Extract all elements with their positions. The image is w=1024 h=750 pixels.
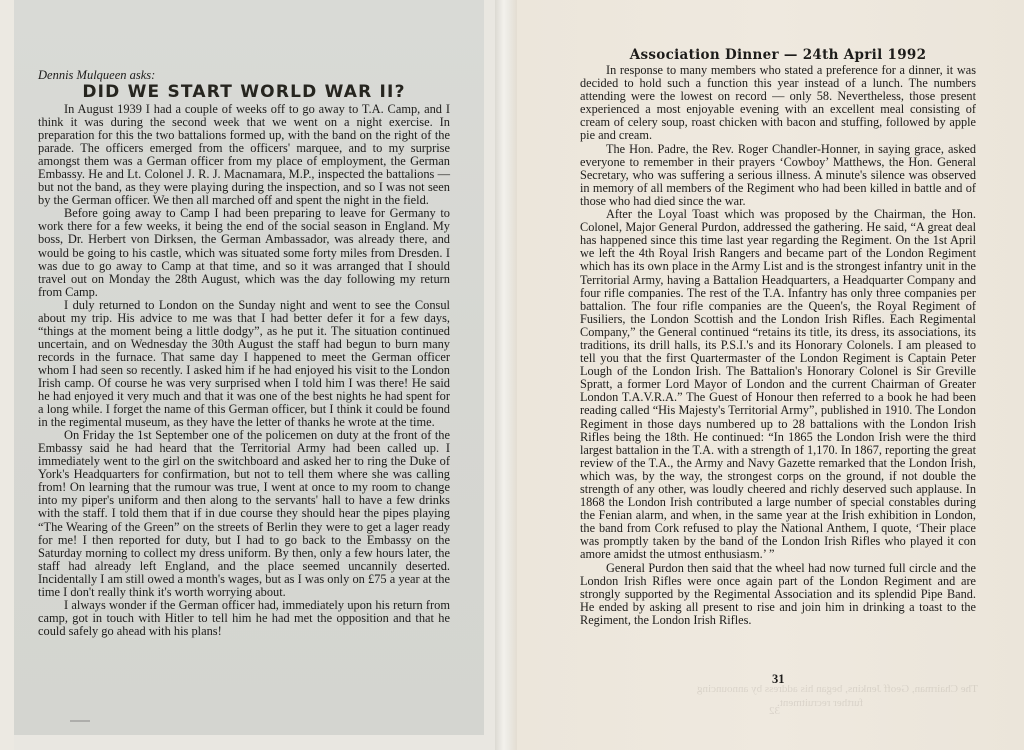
article-paragraph: In August 1939 I had a couple of weeks o… bbox=[38, 103, 450, 207]
bleed-through-text: The Chairman, Geoff Jenkins, began his a… bbox=[697, 683, 978, 695]
page-number: 31 bbox=[772, 672, 785, 687]
article-title: Association Dinner — 24th April 1992 bbox=[580, 47, 976, 63]
article-title: DID WE START WORLD WAR II? bbox=[38, 82, 450, 102]
article-paragraph: After the Loyal Toast which was proposed… bbox=[580, 208, 976, 562]
left-article: Dennis Mulqueen asks: DID WE START WORLD… bbox=[38, 68, 450, 638]
left-page-margin bbox=[0, 0, 14, 750]
article-paragraph: On Friday the 1st September one of the p… bbox=[38, 429, 450, 599]
article-paragraph: I duly returned to London on the Sunday … bbox=[38, 299, 450, 429]
magazine-spread: The Chairman, Geoff Jenkins, began his a… bbox=[0, 0, 1024, 750]
bleed-through-text: further recruitment. bbox=[777, 697, 863, 709]
article-paragraph: General Purdon then said that the wheel … bbox=[580, 562, 976, 627]
article-paragraph: The Hon. Padre, the Rev. Roger Chandler-… bbox=[580, 143, 976, 208]
article-paragraph: Before going away to Camp I had been pre… bbox=[38, 207, 450, 298]
ink-smudge bbox=[70, 720, 90, 722]
article-paragraph: I always wonder if the German officer ha… bbox=[38, 599, 450, 638]
book-gutter bbox=[495, 0, 517, 750]
right-article: Association Dinner — 24th April 1992 In … bbox=[580, 47, 976, 627]
article-byline: Dennis Mulqueen asks: bbox=[38, 68, 450, 82]
article-paragraph: In response to many members who stated a… bbox=[580, 64, 976, 143]
bleed-through-page-number: 32 bbox=[769, 705, 780, 717]
